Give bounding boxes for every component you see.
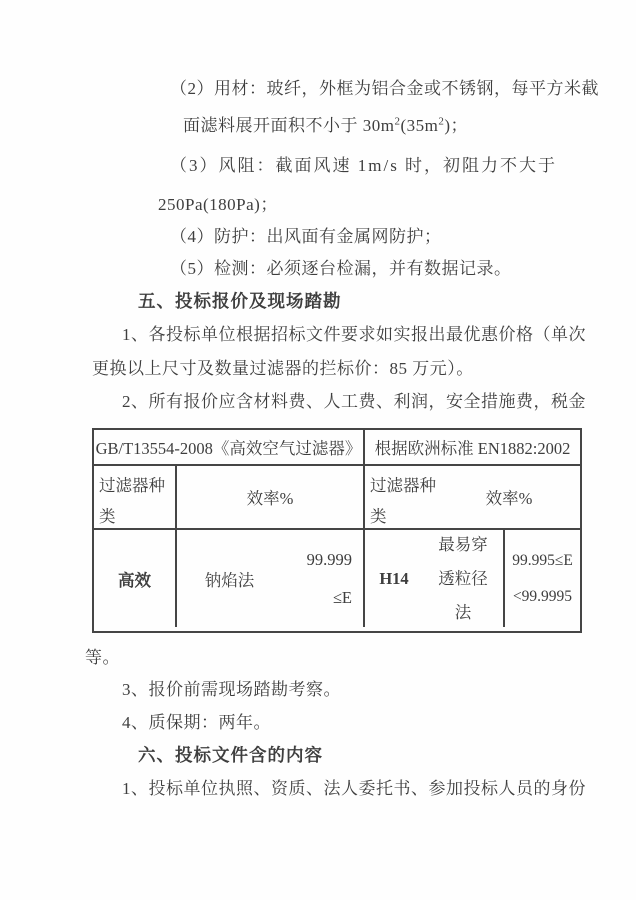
test-method-left: 钠焰法 [177, 567, 282, 591]
para-2-line1: 2、所有报价应含材料费、人工费、利润，安全措施费，税金 [122, 391, 586, 413]
document-page: （2）用材：玻纤，外框为铝合金或不锈钢，每平方米截 面滤料展开面积不小于 30m… [0, 0, 636, 900]
efficiency-value-left: 99.999 ≤E [282, 541, 363, 617]
section-heading-6: 六、投标文件含的内容 [138, 744, 323, 766]
item2-line2-end: )； [444, 116, 468, 135]
table-header-row: GB/T13554-2008《高效空气过滤器》 根据欧洲标准 EN1882:20… [94, 430, 580, 466]
para-item3-line1: （3）风阻：截面风速 1m/s 时，初阻力不大于 [170, 155, 557, 177]
para-item2-line2: 面滤料展开面积不小于 30m2(35m2)； [183, 115, 468, 137]
cell-method-efficiency-left: 钠焰法 99.999 ≤E [177, 530, 365, 627]
efficiency-left-line1: 99.999 [282, 541, 352, 579]
subheader-filter-type-right: 过滤器种类 [365, 466, 438, 528]
cell-efficiency-right: 99.995≤E <99.9995 [505, 530, 580, 627]
para-5: 1、投标单位执照、资质、法人委托书、参加投标人员的身份 [122, 778, 586, 800]
test-method-right: 最易穿透粒径法 [434, 530, 492, 627]
subheader-filter-type-left: 过滤器种类 [94, 466, 177, 528]
para-3: 3、报价前需现场踏勘考察。 [122, 679, 341, 701]
para-item4: （4）防护：出风面有金属网防护； [170, 226, 442, 248]
cell-filter-class-left: 高效 [94, 530, 177, 627]
table-data-row: 高效 钠焰法 99.999 ≤E H14 最易穿透粒径法 99.995≤E <9… [94, 530, 580, 627]
header-cell-en-standard: 根据欧洲标准 EN1882:2002 [365, 430, 580, 464]
efficiency-left-line2: ≤E [282, 579, 352, 617]
subheader-efficiency-left: 效率% [177, 466, 365, 528]
para-2-continuation: 等。 [85, 647, 120, 669]
table-subheader-row: 过滤器种类 效率% 过滤器种类 效率% [94, 466, 580, 530]
subheader-efficiency-right: 效率% [438, 466, 580, 528]
item2-line2-text: 面滤料展开面积不小于 30m [183, 116, 394, 135]
para-4: 4、质保期：两年。 [122, 712, 271, 734]
para-1-line2: 更换以上尺寸及数量过滤器的拦标价：85 万元）。 [92, 358, 474, 380]
para-1-line1: 1、各投标单位根据招标文件要求如实报出最优惠价格（单次 [122, 324, 586, 346]
item2-line2-paren: (35m [400, 116, 438, 135]
filter-class-right: H14 [365, 569, 423, 589]
efficiency-right-line1: 99.995≤E [512, 543, 573, 579]
cell-class-method-right: H14 最易穿透粒径法 [365, 530, 505, 627]
header-cell-gb-standard: GB/T13554-2008《高效空气过滤器》 [94, 430, 365, 464]
efficiency-right-line2: <99.9995 [513, 579, 572, 615]
subheader-right-group: 过滤器种类 效率% [365, 466, 580, 528]
para-item5: （5）检测：必须逐台检漏，并有数据记录。 [170, 258, 512, 280]
para-item2-line1: （2）用材：玻纤，外框为铝合金或不锈钢，每平方米截 [170, 78, 599, 100]
section-heading-5: 五、投标报价及现场踏勘 [138, 290, 342, 312]
para-item3-line2: 250Pa(180Pa)； [158, 194, 278, 216]
filter-standards-table: GB/T13554-2008《高效空气过滤器》 根据欧洲标准 EN1882:20… [92, 428, 582, 633]
